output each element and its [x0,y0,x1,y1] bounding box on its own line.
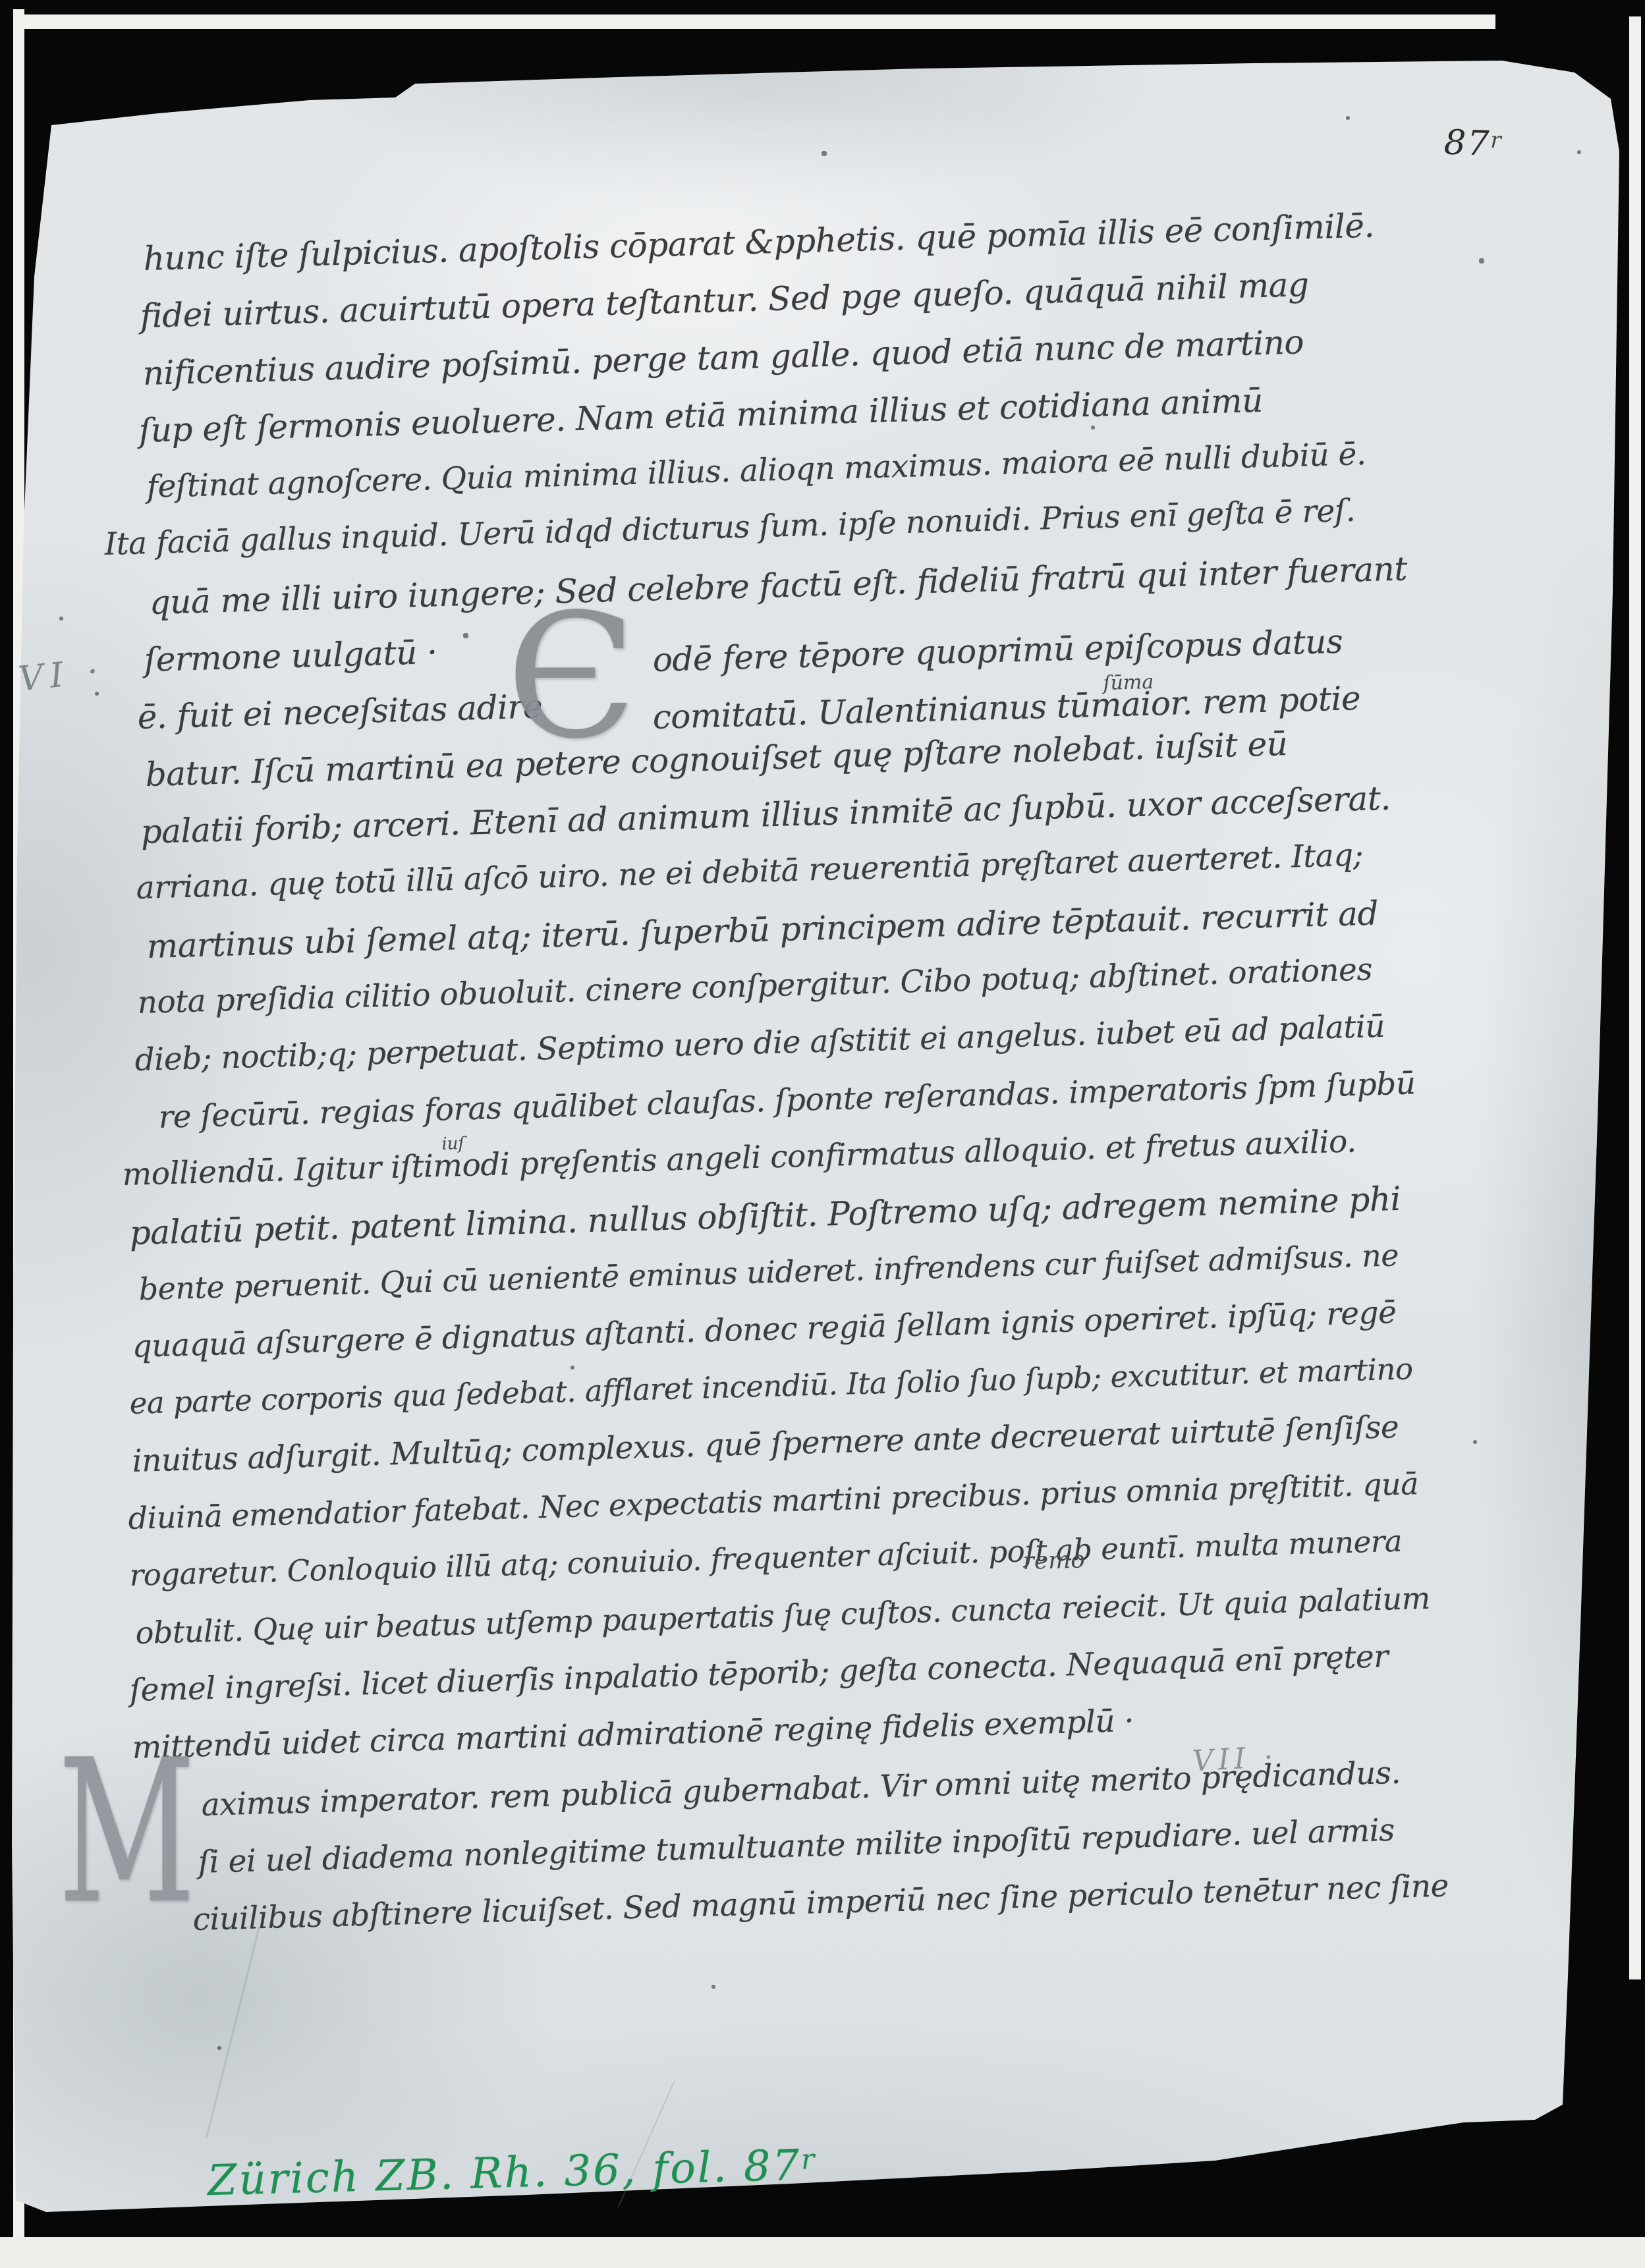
manuscript-line: ſermone uulgatū · [144,634,437,678]
manuscript-line: ſi ei uel diadema nonlegitime tumultuant… [198,1813,1395,1880]
manuscript-line: ea parte corporis qua ſedebat. afflaret … [129,1352,1413,1420]
manuscript-line: dieb; noctib;q; perpetuat. Septimo uero … [134,1010,1385,1078]
page-content: 87r VI · VII · Є M hunc iſte ſulpicius. … [0,0,1645,2268]
library-annotation-text: Zürich ZB. Rh. 36, fol. 87 [207,2142,802,2206]
manuscript-line: ſup eſt ſermonis euoluere. Nam etiā mini… [138,383,1264,449]
library-annotation-superscript: r [800,2143,816,2176]
manuscript-line: batur. Iſcū martinū ea petere cognouiſse… [145,726,1288,793]
manuscript-line: palatiū petit. patent limina. nullus obſ… [129,1181,1401,1252]
manuscript-line: Ita faciā gallus inquid. Uerū idqd dictu… [104,494,1356,562]
manuscript-line: nificentius audire poſsimū. perge tam ga… [142,324,1304,392]
manuscript-line: arriana. quę totū illū aſcō uiro. ne ei … [136,839,1364,906]
manuscript-line: ciuilibus abſtinere licuiſset. Sed magnū… [192,1869,1449,1937]
folio-number: 87r [1443,123,1503,164]
manuscript-line: odē fere tēpore quoprimū epiſcopus datus [652,624,1343,678]
manuscript-line: fidei uirtus. acuirtutū opera teſtantur.… [140,267,1309,335]
manuscript-line: mittendū uidet circa martini admirationē… [132,1704,1134,1765]
manuscript-line: hunc iſte ſulpicius. apoſtolis cōparat &… [143,207,1375,277]
interlinear-correction: iuſ [441,1134,464,1154]
manuscript-line: ē. fuit ei neceſsitas adire [137,688,543,736]
folio-number-digits: 87 [1443,123,1491,163]
initial-eodem: Є [506,605,637,750]
manuscript-line: quā me illi uiro iungere; Sed celebre fa… [149,551,1408,621]
manuscript-line: re ſecūrū. regias foras quālibet clauſas… [158,1066,1416,1134]
manuscript-line: martinus ubi ſemel atq; iterū. ſuperbū p… [146,895,1379,965]
manuscript-line: ſemel ingreſsi. licet diuerſis inpalatio… [129,1640,1389,1707]
manuscript-line: rogaretur. Conloquio illū atq; conuiuio.… [129,1525,1403,1592]
manuscript-line: aximus imperator. rem publicā gubernabat… [201,1756,1401,1823]
manuscript-line: palatii forib; arceri. Etenī ad animum i… [140,781,1391,850]
manuscript-line: bente peruenit. Qui cū uenientē eminus u… [138,1238,1399,1306]
interlinear-correction: remo [1022,1546,1085,1575]
manuscript-line: obtulit. Quę uir beatus utſemp paupertat… [135,1582,1430,1650]
manuscript-line: diuinā emendatior fatebat. Nec expectati… [128,1467,1419,1535]
initial-maximus: M [58,1754,196,1912]
manuscript-line: quaquā aſsurgere ē dignatus aſtanti. don… [132,1296,1397,1364]
manuscript-line: inuitus adſurgit. Multūq; complexus. quē… [132,1410,1399,1479]
folio-side-letter: r [1490,127,1503,154]
manuscript-line: feſtinat agnoſcere. Quia minima illius. … [146,437,1366,505]
chapter-mark-vi: VI · [16,651,107,699]
manuscript-line: nota preſidia cilitio obuoluit. cinere c… [137,953,1373,1020]
library-annotation: Zürich ZB. Rh. 36, fol. 87r [207,2141,817,2205]
interlinear-correction: ſūma [1103,671,1154,695]
parchment-wrinkle [206,1927,260,2138]
parchment-specks [0,0,1,1]
manuscript-line: molliendū. Igitur iſtimodi pręſentis ang… [122,1124,1356,1192]
manuscript-photo: 87r VI · VII · Є M hunc iſte ſulpicius. … [0,0,1645,2268]
